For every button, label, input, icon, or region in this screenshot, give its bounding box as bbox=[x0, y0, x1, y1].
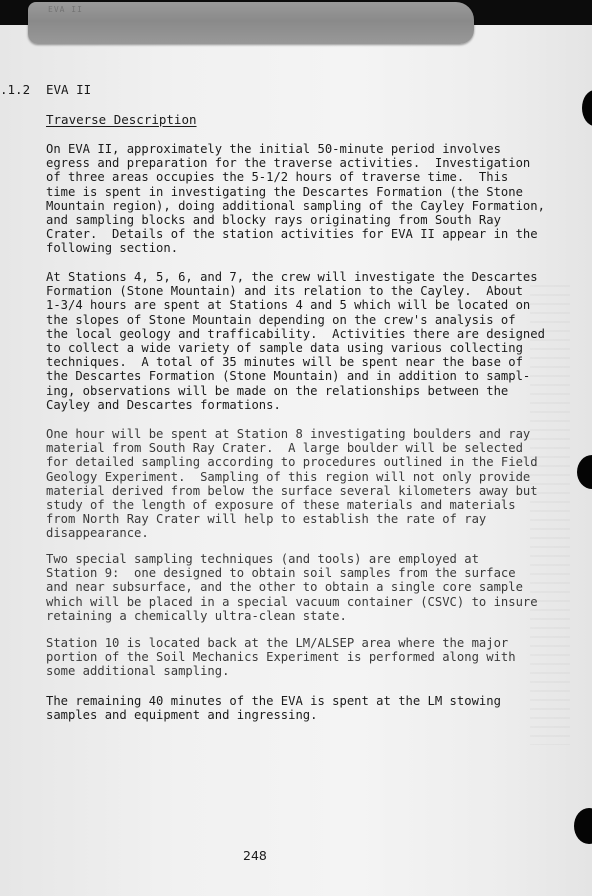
paragraph-station-9: Two special sampling techniques (and too… bbox=[46, 552, 536, 623]
traverse-description-heading: Traverse Description bbox=[46, 112, 197, 127]
paragraph-station-8: One hour will be spent at Station 8 inve… bbox=[46, 427, 536, 541]
section-title: EVA II bbox=[46, 82, 91, 97]
page-number: 248 bbox=[243, 848, 267, 863]
binder-tab-label: EVA II bbox=[48, 5, 83, 14]
section-number: .1.2 bbox=[0, 82, 30, 97]
binder-tab-strip: EVA II bbox=[28, 2, 474, 44]
paragraph-station-10: Station 10 is located back at the LM/ALS… bbox=[46, 636, 536, 679]
margin-scan-noise bbox=[530, 285, 570, 745]
paragraph-overview: On EVA II, approximately the initial 50-… bbox=[46, 142, 536, 256]
paragraph-remaining-time: The remaining 40 minutes of the EVA is s… bbox=[46, 694, 536, 722]
paragraph-stations-4-7: At Stations 4, 5, 6, and 7, the crew wil… bbox=[46, 270, 536, 412]
